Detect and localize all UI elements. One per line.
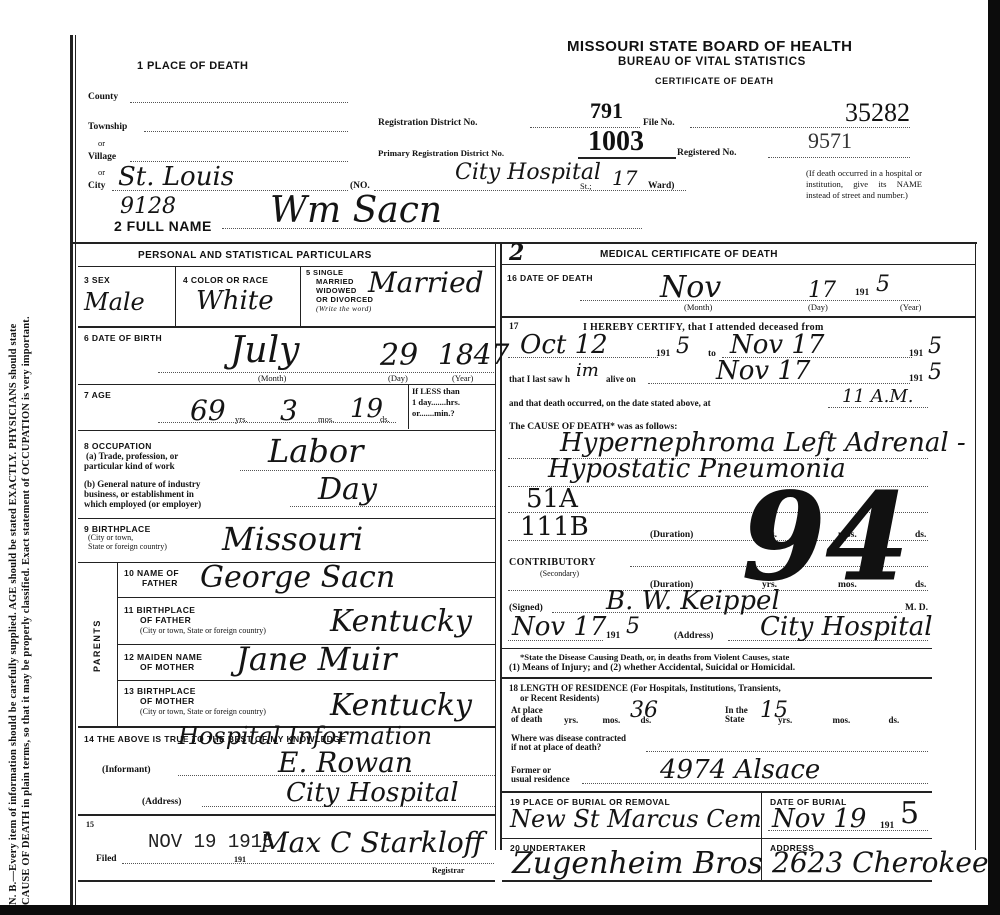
or-label-1: or [98,138,105,148]
age-years-value: 69 [190,394,226,427]
divider-footnote [502,648,932,649]
county-label: County [88,92,118,102]
occupation-b-value: Day [318,472,377,507]
father-name-label: 10 NAME OF FATHER [124,568,179,588]
medical-section-number: 2 [509,240,524,266]
file-no-label: File No. [643,118,675,128]
burial-year-suffix: 5 [900,796,919,831]
parents-label: PARENTS [92,619,102,672]
registrar-label: Registrar [432,866,464,875]
at-place-days-value: 36 [630,698,658,723]
at-place-line2: of death [511,715,543,724]
mother-name-label-2: OF MOTHER [124,662,202,672]
occupation-label: 8 OCCUPATION [84,441,152,451]
death-time-field[interactable] [828,407,928,408]
informant-address-label: (Address) [142,797,181,807]
at-place-mos: mos. [603,715,621,725]
attended-to-label: to [708,349,716,359]
birthplace-sub: (City or town, State or foreign country) [88,533,167,551]
cause-ds-caption: ds. [915,530,926,540]
contracted-label: Where was disease contracted if not at p… [511,734,626,752]
occupation-b-line3: which employed (or employer) [84,499,201,509]
father-birthplace-label: 11 BIRTHPLACE OF FATHER [124,605,195,625]
occupation-a-value: Labor [268,432,363,470]
burial-place-value: New St Marcus Cem [510,805,762,833]
residence-label-2: or Recent Residents) [520,693,599,703]
last-saw-year-prefix: 191 [909,374,923,384]
city-label: City [88,181,105,191]
filed-number: 15 [86,820,94,829]
divider-race-marital [300,266,301,326]
village-label: Village [88,152,116,162]
dob-month-value: July [230,330,299,371]
registered-no-label: Registered No. [677,148,736,158]
divider-age-less [408,385,409,429]
marital-option-divorced: OR DIVORCED [306,295,373,304]
name-prefix-number: 9128 [120,194,176,219]
in-state-yrs: yrs. [778,715,792,725]
residence-label-1: 18 LENGTH OF RESIDENCE (For Hospitals, I… [509,683,781,693]
form-left-border-inner [75,35,76,905]
divider-medical-title [502,264,975,265]
in-state-captions: yrs. mos. ds. [760,715,899,725]
death-time-label: and that death occurred, on the date sta… [509,398,711,408]
occupation-a-line1: (a) Trade, profession, or [84,451,178,461]
registrar-signature: Max C Starkloff [260,826,484,859]
contracted-field[interactable] [646,751,928,752]
in-state-label: In the State [725,706,748,724]
margin-note-line2: CAUSE OF DEATH in plain terms, so that i… [21,316,32,905]
secondary-label: (Secondary) [540,569,579,578]
page-right-border [988,0,1000,915]
dod-label: 16 DATE OF DEATH [507,273,593,283]
signed-year-suffix: 5 [626,614,640,639]
dod-year-caption: (Year) [900,302,921,312]
attended-to-year-prefix: 191 [909,349,923,359]
full-name-value: Wm Sacn [270,190,442,231]
dod-year-prefix: 191 [855,288,869,298]
former-residence-label: Former or usual residence [511,766,570,784]
occupation-a-line2: particular kind of work [84,461,178,471]
mother-birthplace-sub: (City or town, State or foreign country) [140,707,266,716]
occupation-a-label: (a) Trade, profession, or particular kin… [84,451,178,471]
contributory-label: CONTRIBUTORY [509,557,596,568]
father-bp-label-1: 11 BIRTHPLACE [124,605,195,615]
registration-district-value: 791 [590,98,623,124]
informant-address-value: City Hospital [286,778,459,808]
age-ds-caption: ds. [380,414,390,424]
divider-dob [78,326,495,328]
file-no-value: 35282 [845,98,910,128]
city-value: St. Louis [118,162,234,192]
registered-no-value: 9571 [808,128,852,154]
birthplace-sub-line1: (City or town, [88,533,167,542]
father-birthplace-sub: (City or town, State or foreign country) [140,626,266,635]
ward-value: 17 [612,166,637,190]
last-saw-gender: im [576,360,599,381]
burial-date-value: Nov 19 [772,804,866,834]
age-yrs-caption: yrs. [235,414,248,424]
last-saw-date: Nov 17 [716,356,810,386]
mother-name-label: 12 MAIDEN NAME OF MOTHER [124,652,202,672]
attended-from-year: 5 [676,334,690,359]
divider-residence [502,677,932,679]
township-label: Township [88,122,127,132]
divider-birthplace [78,518,495,519]
less-than-line1: If LESS than [412,386,460,397]
former-residence-value: 4974 Alsace [660,755,820,785]
contracted-line2: if not at place of death? [511,743,626,752]
mother-bp-label-2: OF MOTHER [124,696,196,706]
or-label-2: or [98,167,105,177]
column-divider-left [495,242,496,850]
registered-no-dots [768,157,910,158]
informant-label: (Informant) [102,765,151,775]
cause-code-1: 51A [526,484,578,514]
age-mos-caption: mos. [318,414,334,424]
mother-name-value: Jane Muir [236,640,397,678]
burial-year-prefix: 191 [880,821,894,831]
undertaker-address-value: 2623 Cherokee [772,846,989,879]
father-name-label-2: FATHER [124,578,179,588]
mother-birthplace-label: 13 BIRTHPLACE OF MOTHER [124,686,196,706]
signed-date: Nov 17 [512,612,606,642]
hospital-note: (If death occurred in a hospital or inst… [806,168,922,201]
at-place-yrs: yrs. [564,715,578,725]
divider-mother-bp [118,680,495,681]
father-name-label-1: 10 NAME OF [124,568,179,578]
cause-duration-label: (Duration) [650,530,693,540]
form-name: CERTIFICATE OF DEATH [655,76,774,86]
divider-undertaker [502,838,932,839]
divider-certify [502,316,975,318]
marital-label: 5 SINGLE MARRIED WIDOWED OR DIVORCED (Wr… [306,268,373,313]
form-title: MISSOURI STATE BOARD OF HEALTH [567,38,852,55]
medical-section-title: MEDICAL CERTIFICATE OF DEATH [600,249,778,260]
township-field[interactable] [144,131,348,132]
dod-month-caption: (Month) [684,302,712,312]
contributory-ds-caption: ds. [915,580,926,590]
registration-district-label: Registration District No. [378,118,477,128]
undertaker-value: Zugenheim Bros [512,846,763,881]
classification-code-overlay: 94 [742,478,909,598]
primary-district-label: Primary Registration District No. [378,148,504,158]
ward-label: Ward) [648,181,674,191]
divider-occupation [78,430,495,431]
death-time-value: 11 A.M. [842,386,914,407]
cause-code-2: 111B [520,512,589,542]
attended-from-value: Oct 12 [520,330,608,360]
mother-bp-label-1: 13 BIRTHPLACE [124,686,196,696]
form-right-border [975,242,976,850]
dob-year-value: 1847 [438,338,509,371]
marital-value: Married [368,266,484,299]
age-days-value: 19 [350,394,383,424]
county-field[interactable] [130,102,348,103]
race-label: 4 COLOR OR RACE [183,275,268,285]
mother-name-label-1: 12 MAIDEN NAME [124,652,202,662]
occupation-b-line1: (b) General nature of industry [84,479,201,489]
divider-bottom-right [502,880,932,882]
age-label: 7 AGE [84,390,111,400]
form-subtitle: BUREAU OF VITAL STATISTICS [618,56,806,68]
margin-note-line1: N. B.—Every item of information should b… [8,323,19,905]
race-value: White [196,286,274,316]
dod-day-value: 17 [808,278,836,303]
in-state-mos: mos. [833,715,851,725]
divider-name [72,242,977,244]
less-than-line3: or.......min.? [412,408,460,419]
marital-instruction: (Write the word) [306,304,373,313]
in-state-line2: State [725,715,748,724]
dob-label: 6 DATE OF BIRTH [84,333,162,343]
dod-month-value: Nov [660,270,721,305]
divider-burial [502,791,932,793]
place-of-death-label: 1 PLACE OF DEATH [137,60,248,72]
dod-day-caption: (Day) [808,302,828,312]
father-name-value: George Sacn [200,560,395,595]
alive-on-label: alive on [606,374,636,384]
st-label: St.; [580,181,592,191]
primary-district-value: 1003 [588,126,644,158]
form-left-border [70,35,73,905]
personal-section-title: PERSONAL AND STATISTICAL PARTICULARS [138,250,372,261]
at-place-label: At place of death [511,706,543,724]
father-birthplace-value: Kentucky [330,604,472,639]
age-months-value: 3 [280,394,298,427]
less-than-day-note: If LESS than 1 day.......hrs. or.......m… [412,386,460,419]
former-line2: usual residence [511,775,570,784]
filed-field[interactable] [122,863,494,864]
divider-father-bp [118,597,495,598]
filed-year-prefix: 191 [234,855,246,864]
mother-birthplace-value: Kentucky [330,688,472,723]
attended-to-year: 5 [928,334,942,359]
sex-value: Male [84,288,145,316]
dob-field[interactable] [158,372,494,373]
last-saw-year: 5 [928,360,942,385]
dod-year-suffix: 5 [876,272,890,297]
occupation-b-line2: business, or establishment in [84,489,201,499]
dob-month-caption: (Month) [258,373,286,383]
divider-sex-race [175,266,176,326]
dod-field[interactable] [580,300,920,301]
page-bottom-border [0,905,1000,915]
certify-number: 17 [509,322,519,332]
father-bp-label-2: OF FATHER [124,615,195,625]
last-saw-label: that I last saw h [509,374,570,384]
occupation-b-label: (b) General nature of industry business,… [84,479,201,509]
marital-option-married: MARRIED [306,277,373,286]
filed-label: Filed [96,854,117,864]
birthplace-value: Missouri [222,520,363,558]
informant-value: E. Rowan [278,746,413,779]
attended-from-year-prefix: 191 [656,349,670,359]
divider-filed-bottom [78,880,495,882]
dob-day-value: 29 [380,338,418,373]
divider-filed [78,814,495,816]
in-state-ds: ds. [889,715,900,725]
physician-address-label: (Address) [674,631,713,641]
filed-date-stamp: NOV 19 1915 [148,831,273,853]
column-divider-right [500,242,502,850]
divider-age [78,384,495,385]
dob-year-caption: (Year) [452,373,473,383]
physician-address-value: City Hospital [760,612,933,642]
less-than-line2: 1 day.......hrs. [412,397,460,408]
signed-year-prefix: 191 [606,631,620,641]
physician-signature: B. W. Keippel [606,586,780,616]
footnote-line2: (1) Means of Injury; and (2) whether Acc… [509,663,795,673]
dob-day-caption: (Day) [388,373,408,383]
marital-option-single: 5 SINGLE [306,268,373,277]
footnote-line1: *State the Disease Causing Death, or, in… [520,652,789,662]
full-name-label: 2 FULL NAME [114,218,212,234]
marital-option-widowed: WIDOWED [306,286,373,295]
sex-label: 3 SEX [84,275,110,285]
occupation-a-field[interactable] [240,470,495,471]
birthplace-sub-line2: State or foreign country) [88,542,167,551]
